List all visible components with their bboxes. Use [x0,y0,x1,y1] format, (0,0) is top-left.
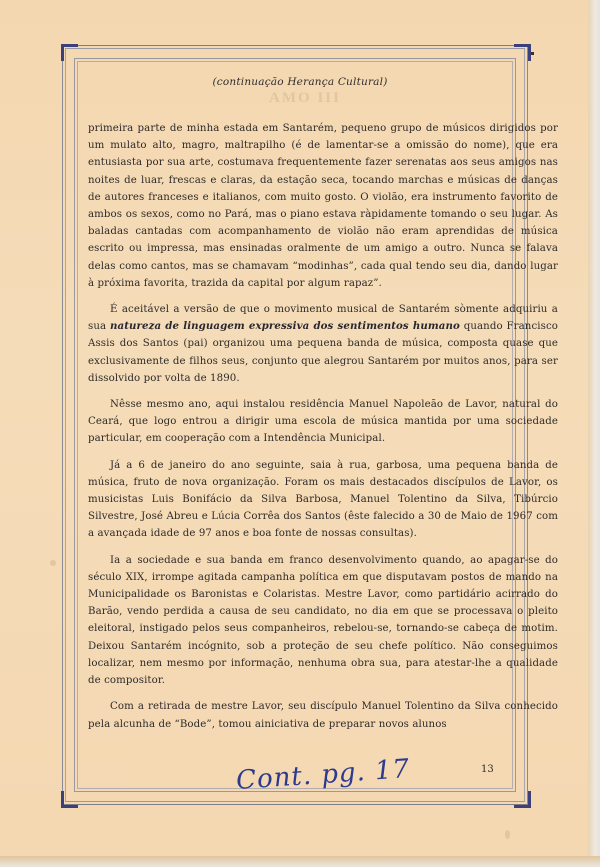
paper-stain [50,560,56,566]
article-body: primeira parte de minha estada em Santar… [88,120,558,742]
page-number: 13 [481,764,494,775]
page-edge [588,0,600,867]
paragraph-5: Ia a sociedade e sua banda em franco des… [88,552,558,690]
page-bottom-edge [0,856,600,867]
ink-dot [531,52,534,55]
frame-corner-bottom-right [514,791,531,808]
frame-corner-top-right [514,44,531,61]
bleed-through-heading: AMO III [245,90,365,107]
frame-corner-top-left [61,44,78,61]
paper-stain [505,830,510,839]
frame-corner-bottom-left [61,791,78,808]
paragraph-4: Já a 6 de janeiro do ano seguinte, saia … [88,457,558,543]
paragraph-3: Nêsse mesmo ano, aqui instalou residênci… [88,396,558,448]
paragraph-2-emphasis: natureza de linguagem expressiva dos sen… [110,320,460,332]
paragraph-1: primeira parte de minha estada em Santar… [88,120,558,292]
page-header: (continuação Herança Cultural) [80,76,520,88]
paragraph-2: É aceitável a versão de que o movimento … [88,301,558,387]
paragraph-6: Com a retirada de mestre Lavor, seu disc… [88,698,558,732]
